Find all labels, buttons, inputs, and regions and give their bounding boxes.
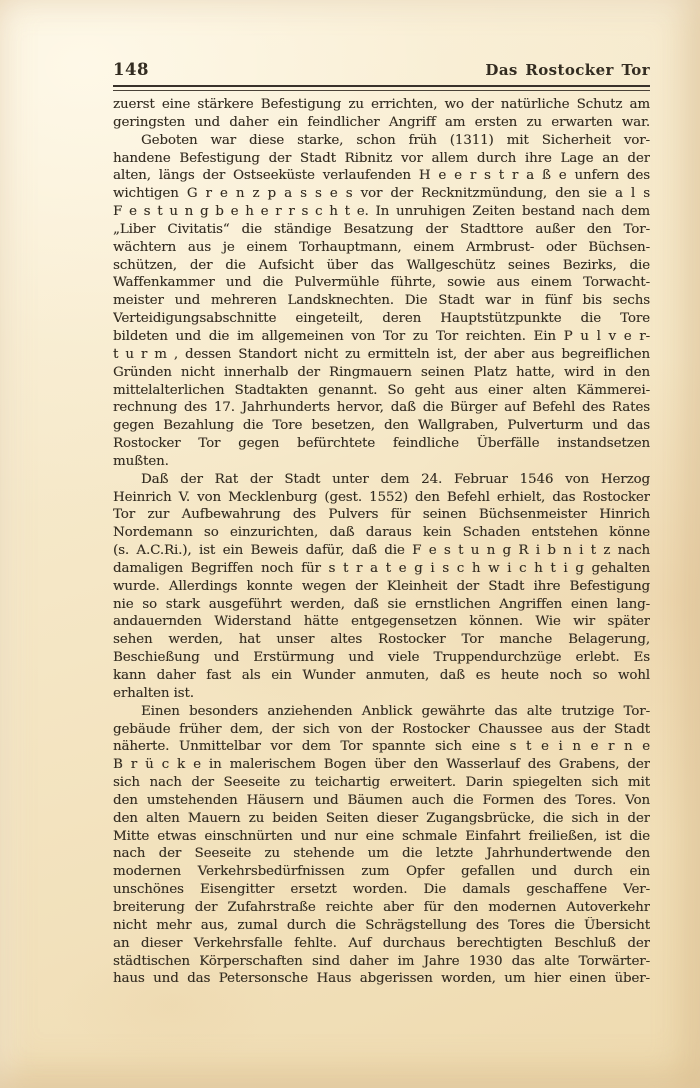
text-line: sich nach der Seeseite zu teichartig erw… [113, 774, 650, 792]
text-line: erhalten ist. [113, 685, 650, 703]
text-line: nicht mehr aus, zumal durch die Schrägst… [113, 917, 650, 935]
text-line: Geboten war diese starke, schon früh (13… [113, 132, 650, 150]
text-line: unschönes Eisengitter ersetzt worden. Di… [113, 881, 650, 899]
text-line: an dieser Verkehrsfalle fehlte. Auf durc… [113, 935, 650, 953]
text-line: gegen Bezahlung die Tore besetzen, den W… [113, 417, 650, 435]
text-line: näherte. Unmittelbar vor dem Tor spannte… [113, 738, 650, 756]
text-line: F e s t u n g b e h e r r s c h t e. In … [113, 203, 650, 221]
text-line: zuerst eine stärkere Befestigung zu erri… [113, 96, 650, 114]
page-header: 148 Das Rostocker Tor [113, 60, 650, 79]
text-line: gebäude früher dem, der sich von der Ros… [113, 721, 650, 739]
body-text: zuerst eine stärkere Befestigung zu erri… [113, 96, 650, 988]
text-line: (s. A.C.Ri.), ist ein Beweis dafür, daß … [113, 542, 650, 560]
text-line: Waffenkammer und die Pulvermühle führte,… [113, 274, 650, 292]
text-line: Beschießung und Erstürmung und viele Tru… [113, 649, 650, 667]
text-line: Nordemann so einzurichten, daß daraus ke… [113, 524, 650, 542]
text-line: andauernden Widerstand hätte entgegenset… [113, 613, 650, 631]
text-line: handene Befestigung der Stadt Ribnitz vo… [113, 150, 650, 168]
text-line: den umstehenden Häusern und Bäumen auch … [113, 792, 650, 810]
text-line: geringsten und daher ein feindlicher Ang… [113, 114, 650, 132]
text-line: nach der Seeseite zu stehende um die let… [113, 845, 650, 863]
page-number: 148 [113, 60, 149, 79]
text-line: rechnung des 17. Jahrhunderts hervor, da… [113, 399, 650, 417]
text-line: „Liber Civitatis“ die ständige Besatzung… [113, 221, 650, 239]
header-rule-thin [113, 90, 650, 91]
text-line: wurde. Allerdings konnte wegen der Klein… [113, 578, 650, 596]
text-line: nie so stark ausgeführt werden, daß sie … [113, 596, 650, 614]
text-line: Gründen nicht innerhalb der Ringmauern s… [113, 364, 650, 382]
text-line: bildeten und die im allgemeinen von Tor … [113, 328, 650, 346]
text-line: Tor zur Aufbewahrung des Pulvers für sei… [113, 506, 650, 524]
scanned-book-page: 148 Das Rostocker Tor zuerst eine stärke… [0, 0, 700, 1088]
text-line: modernen Verkehrsbedürfnissen zum Opfer … [113, 863, 650, 881]
text-line: mußten. [113, 453, 650, 471]
text-line: wächtern aus je einem Torhauptmann, eine… [113, 239, 650, 257]
text-line: breiterung der Zufahrstraße reichte aber… [113, 899, 650, 917]
text-line: kann daher fast als ein Wunder anmuten, … [113, 667, 650, 685]
text-line: damaligen Begriffen noch für s t r a t e… [113, 560, 650, 578]
text-line: Mitte etwas einschnürten und nur eine sc… [113, 828, 650, 846]
text-line: B r ü c k e in malerischem Bogen über de… [113, 756, 650, 774]
running-title: Das Rostocker Tor [485, 61, 650, 79]
text-line: den alten Mauern zu beiden Seiten dieser… [113, 810, 650, 828]
header-rule-thick [113, 85, 650, 87]
text-line: Rostocker Tor gegen befürchtete feindlic… [113, 435, 650, 453]
text-line: Daß der Rat der Stadt unter dem 24. Febr… [113, 471, 650, 489]
text-line: Verteidigungsabschnitte eingeteilt, dere… [113, 310, 650, 328]
text-line: Einen besonders anziehenden Anblick gewä… [113, 703, 650, 721]
text-line: alten, längs der Ostseeküste verlaufende… [113, 167, 650, 185]
text-line: städtischen Körperschaften sind daher im… [113, 953, 650, 971]
text-line: mittelalterlichen Stadtakten genannt. So… [113, 382, 650, 400]
text-line: sehen werden, hat unser altes Rostocker … [113, 631, 650, 649]
text-line: wichtigen G r e n z p a s s e s vor der … [113, 185, 650, 203]
text-line: schützen, der die Aufsicht über das Wall… [113, 257, 650, 275]
text-line: t u r m , dessen Standort nicht zu ermit… [113, 346, 650, 364]
text-line: meister und mehreren Landsknechten. Die … [113, 292, 650, 310]
text-line: haus und das Petersonsche Haus abgerisse… [113, 970, 650, 988]
text-line: Heinrich V. von Mecklenburg (gest. 1552)… [113, 489, 650, 507]
